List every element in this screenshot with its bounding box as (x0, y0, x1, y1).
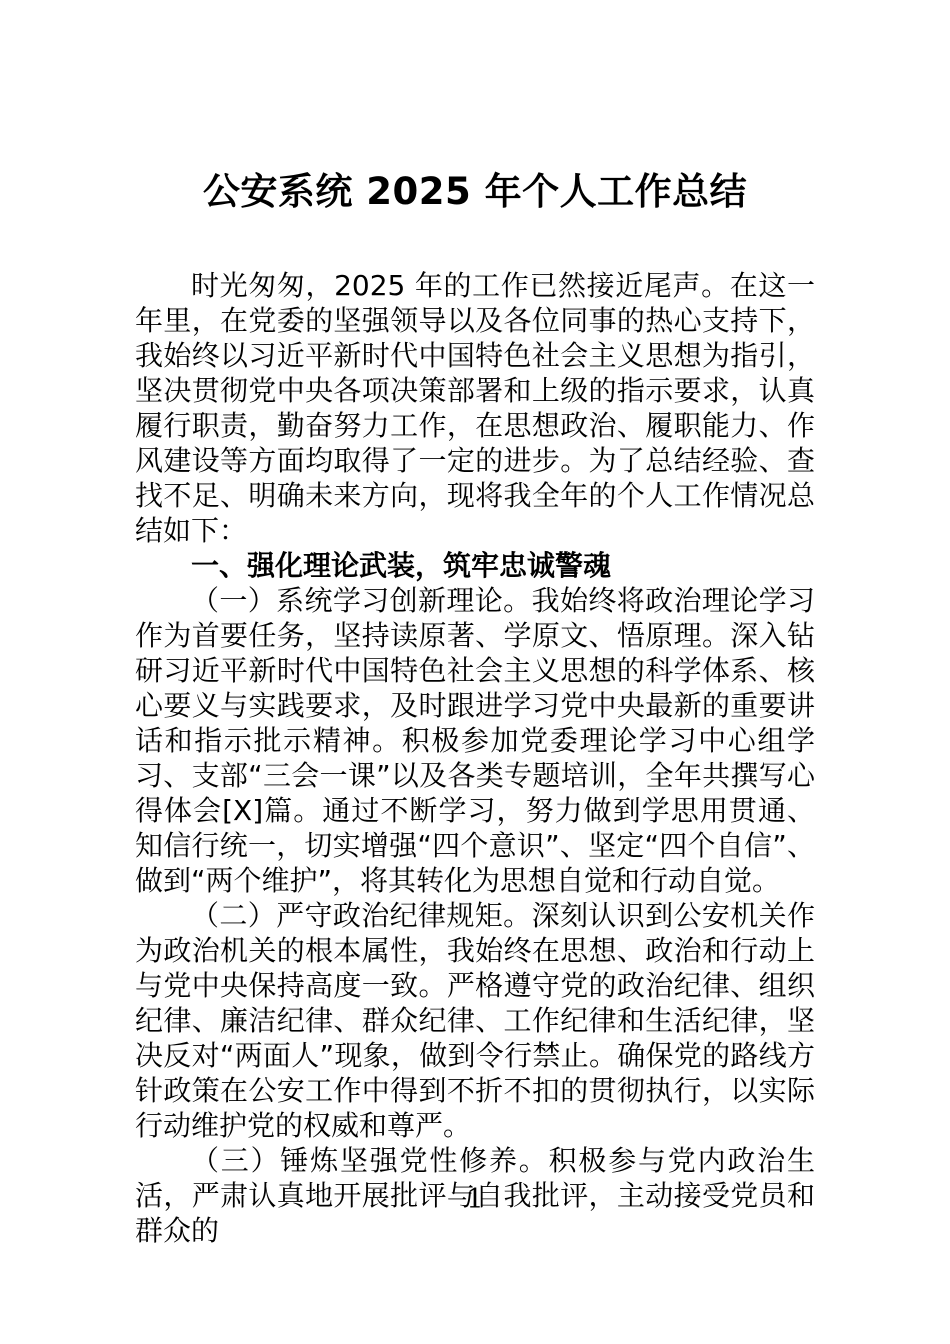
section-heading-1: 一、强化理论武装，筑牢忠诚警魂 (135, 548, 815, 583)
document-title: 公安系统 2025 年个人工作总结 (0, 170, 950, 214)
paragraph-intro: 时光匆匆，2025 年的工作已然接近尾声。在这一年里，在党委的坚强领导以及各位同… (135, 268, 815, 548)
page-number: 1 (0, 1184, 950, 1216)
document-page: 公安系统 2025 年个人工作总结 时光匆匆，2025 年的工作已然接近尾声。在… (0, 0, 950, 1344)
document-body: 时光匆匆，2025 年的工作已然接近尾声。在这一年里，在党委的坚强领导以及各位同… (135, 268, 815, 1248)
paragraph-section-1-1: （一）系统学习创新理论。我始终将政治理论学习作为首要任务，坚持读原著、学原文、悟… (135, 583, 815, 898)
paragraph-section-1-2: （二）严守政治纪律规矩。深刻认识到公安机关作为政治机关的根本属性，我始终在思想、… (135, 898, 815, 1143)
